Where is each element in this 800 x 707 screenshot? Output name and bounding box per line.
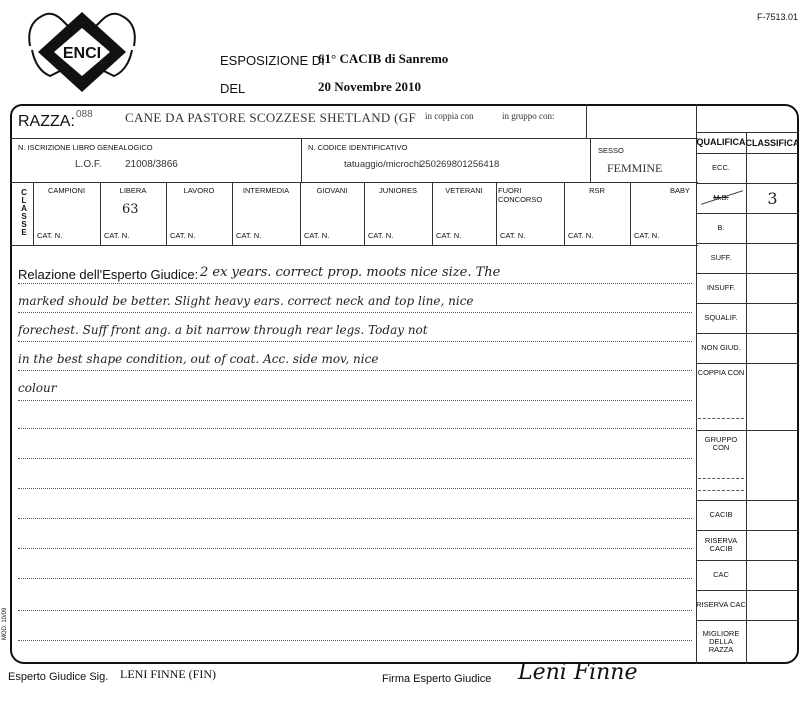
classe-name: BABY (630, 186, 696, 195)
libro-value[interactable]: 21008/3866 (125, 159, 178, 170)
catn-label: CAT. N. (634, 231, 659, 240)
catn-label: CAT. N. (436, 231, 461, 240)
classe-cell-campioni[interactable]: CAMPIONI CAT. N. (33, 182, 100, 245)
sesso-label: SESSO (598, 146, 624, 155)
relazione-line-5[interactable]: colour (18, 381, 56, 395)
classe-cell-lavoro[interactable]: LAVORO CAT. N. (166, 182, 232, 245)
classifica-cell[interactable] (746, 620, 799, 664)
qualifica-insuff[interactable]: INSUFF. (696, 273, 746, 303)
classifica-cell[interactable] (746, 560, 799, 590)
classifica-cell[interactable] (746, 303, 799, 333)
classe-name: CAMPIONI (33, 186, 100, 195)
qualifica-squalif[interactable]: SQUALIF. (696, 303, 746, 333)
relazione-line-4[interactable]: in the best shape condition, out of coat… (18, 352, 378, 366)
classe-label: CLASSE (18, 188, 30, 238)
dashed-divider (698, 418, 744, 419)
classifica-cell[interactable] (746, 363, 799, 430)
classifica-header: CLASSIFICA (746, 133, 799, 153)
judge-name: LENI FINNE (FIN) (120, 667, 216, 682)
classe-name: GIOVANI (300, 186, 364, 195)
classe-name: LIBERA (100, 186, 166, 195)
razza-code[interactable]: 088 (76, 109, 93, 120)
divider (586, 104, 587, 138)
classe-cell-giovani[interactable]: GIOVANI CAT. N. (300, 182, 364, 245)
catn-label: CAT. N. (368, 231, 393, 240)
classifica-cell[interactable] (746, 590, 799, 620)
razza-name[interactable]: CANE DA PASTORE SCOZZESE SHETLAND (GF (125, 110, 416, 126)
dashed-divider (698, 490, 744, 491)
judge-signature: Leni Finne (518, 660, 638, 685)
codice-type: tatuaggio/microchi (344, 159, 421, 170)
classe-label-text: CLASSE (20, 188, 29, 236)
catn-label: CAT. N. (104, 231, 129, 240)
razza-label: RAZZA: (18, 113, 75, 131)
catn-label: CAT. N. (304, 231, 329, 240)
mod-code: MOD. 10/09 (2, 608, 8, 640)
classifica-cell[interactable] (746, 530, 799, 560)
qualifica-header: QUALIFICA (696, 133, 746, 153)
qualifica-riserva-cacib[interactable]: RISERVA CACIB (696, 530, 746, 560)
divider (590, 138, 591, 182)
classe-name: LAVORO (166, 186, 232, 195)
relazione-label: Relazione dell'Esperto Giudice: (18, 267, 198, 282)
qualifica-migliore-della-razza[interactable]: MIGLIORE DELLA RAZZA (696, 620, 746, 664)
qualifica-non-giud[interactable]: NON GIUD. (696, 333, 746, 363)
exposition-label: ESPOSIZIONE DI (220, 53, 325, 68)
catn-label: CAT. N. (170, 231, 195, 240)
classe-name: RSR (564, 186, 630, 195)
sesso-value[interactable]: FEMMINE (607, 161, 662, 176)
enci-logo: ENCI (22, 6, 142, 94)
exposition-value: 61° CACIB di Sanremo (318, 51, 448, 67)
judge-label: Esperto Giudice Sig. (8, 671, 108, 683)
classifica-cell[interactable] (746, 333, 799, 363)
codice-label: N. CODICE IDENTIFICATIVO (308, 143, 407, 152)
classe-cell-juniores[interactable]: JUNIORES CAT. N. (364, 182, 432, 245)
relazione-line-3[interactable]: forechest. Suff front ang. a bit narrow … (18, 323, 428, 337)
qualifica-coppia-con[interactable]: COPPIA CON (696, 363, 746, 430)
form-code: F-7513.01 (757, 12, 798, 22)
catn-label: CAT. N. (500, 231, 525, 240)
relazione-line-2[interactable]: marked should be better. Slight heavy ea… (18, 294, 474, 308)
classifica-cell[interactable] (746, 153, 799, 183)
classifica-cell[interactable] (746, 500, 799, 530)
classe-name: INTERMEDIA (232, 186, 300, 195)
qualifica-suff[interactable]: SUFF. (696, 243, 746, 273)
classe-name: FUORI CONCORSO (496, 186, 564, 204)
classifica-cell[interactable] (746, 273, 799, 303)
relazione-line-1[interactable]: 2 ex years. correct prop. moots nice siz… (200, 265, 500, 280)
classe-cell-fuori-concorso[interactable]: FUORI CONCORSO CAT. N. (496, 182, 564, 245)
classe-cell-baby[interactable]: BABY CAT. N. (630, 182, 696, 245)
divider (10, 245, 698, 246)
coppia-label: in coppia con (425, 111, 474, 121)
enci-logo-icon: ENCI (22, 6, 142, 94)
qualifica-riserva-cac[interactable]: RISERVA CAC (696, 590, 746, 620)
classe-cell-libera[interactable]: LIBERA 63 CAT. N. (100, 182, 166, 245)
date-value: 20 Novembre 2010 (318, 79, 421, 95)
qualifica-cac[interactable]: CAC (696, 560, 746, 590)
qualifica-b[interactable]: B. (696, 213, 746, 243)
catalog-number: 63 (122, 202, 139, 217)
dashed-divider (698, 478, 744, 479)
classe-cell-rsr[interactable]: RSR CAT. N. (564, 182, 630, 245)
gruppo-label: in gruppo con: (502, 111, 555, 121)
date-label: DEL (220, 81, 245, 96)
classifica-cell[interactable]: 3 (746, 183, 799, 213)
classe-cell-intermedia[interactable]: INTERMEDIA CAT. N. (232, 182, 300, 245)
divider (301, 138, 302, 182)
signature-label: Firma Esperto Giudice (382, 673, 491, 685)
classifica-cell[interactable] (746, 243, 799, 273)
classe-name: VETERANI (432, 186, 496, 195)
catn-label: CAT. N. (568, 231, 593, 240)
divider (10, 138, 698, 139)
classifica-cell[interactable] (746, 430, 799, 500)
catn-label: CAT. N. (37, 231, 62, 240)
catn-label: CAT. N. (236, 231, 261, 240)
qualifica-cacib[interactable]: CACIB (696, 500, 746, 530)
libro-prefix: L.O.F. (75, 159, 102, 170)
libro-label: N. ISCRIZIONE LIBRO GENEALOGICO (18, 143, 153, 152)
svg-text:ENCI: ENCI (63, 45, 101, 62)
classe-cell-veterani[interactable]: VETERANI CAT. N. (432, 182, 496, 245)
codice-value[interactable]: 250269801256418 (420, 159, 499, 170)
classe-name: JUNIORES (364, 186, 432, 195)
classifica-cell[interactable] (746, 213, 799, 243)
qualifica-ecc[interactable]: ECC. (696, 153, 746, 183)
